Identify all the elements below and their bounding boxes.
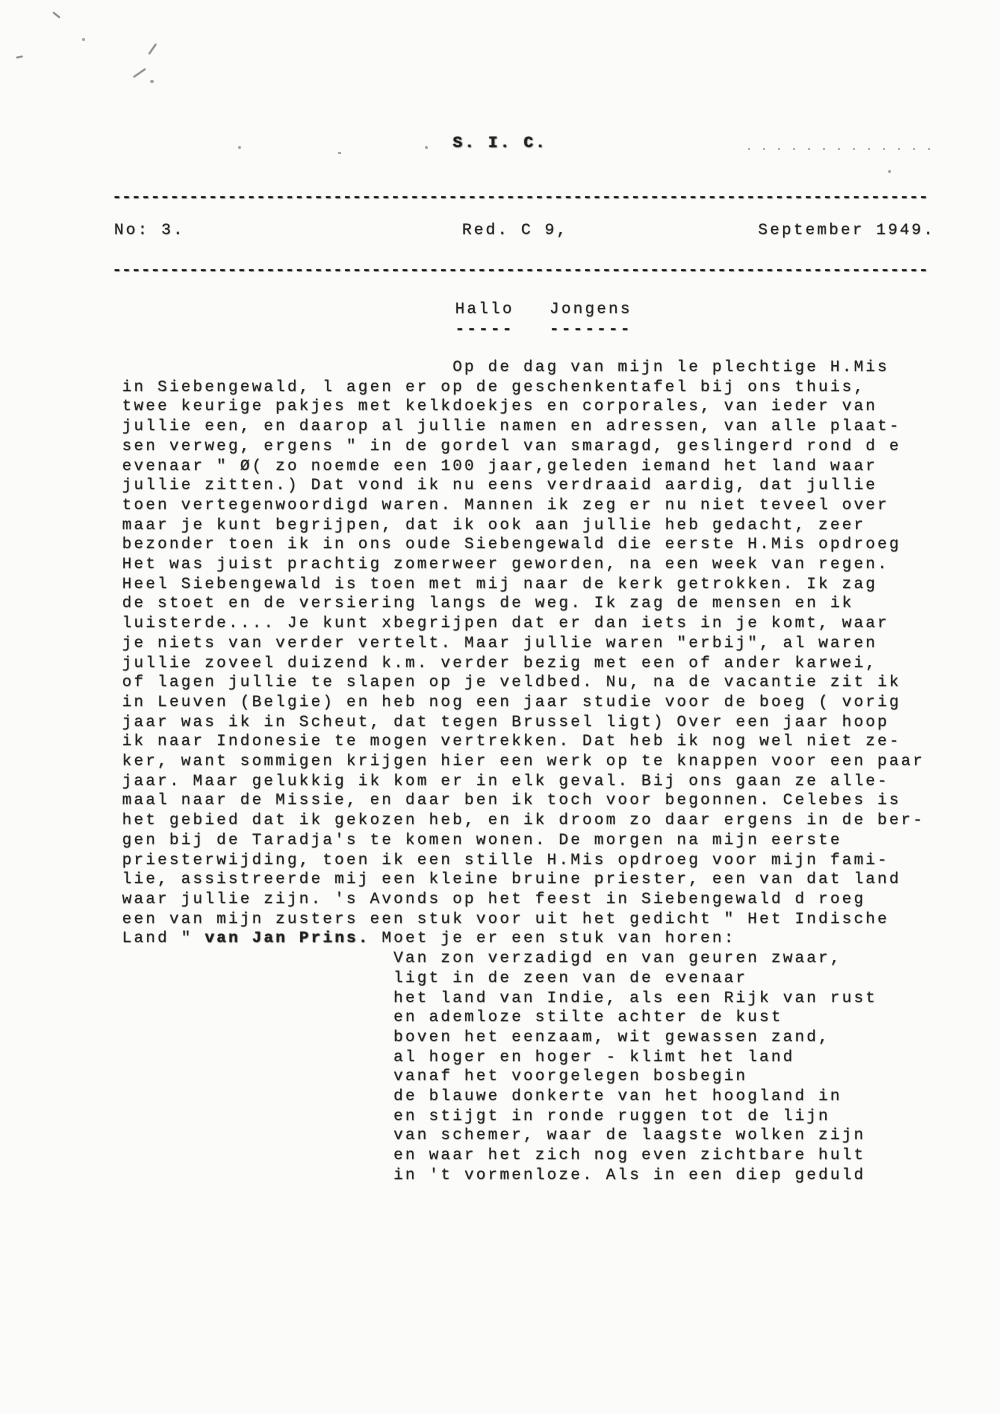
- ink-speck: [150, 80, 154, 83]
- text-line: gen bij de Taradja's te komen wonen. De …: [122, 831, 988, 851]
- text-line: sen verweg, ergens " in de gordel van sm…: [122, 437, 988, 457]
- text-line: jaar. Maar gelukkig ik kom er in elk gev…: [122, 772, 988, 792]
- text-line: de stoet en de versiering langs de weg. …: [122, 594, 988, 614]
- issue-number: No: 3.: [114, 221, 185, 241]
- text-line: luisterde.... Je kunt xbegrijpen dat er …: [122, 614, 988, 634]
- text-line: maal naar de Missie, en daar ben ik toch…: [122, 791, 988, 811]
- text-line: je niets van verder vertelt. Maar jullie…: [122, 634, 988, 654]
- editorial-reference: Red. C 9,: [462, 221, 568, 241]
- text-line: in Siebengewald, l agen er op de geschen…: [122, 378, 988, 398]
- text-line: ik naar Indonesie te mogen vertrekken. D…: [122, 732, 988, 752]
- text-line: toen vertegenwoordigd waren. Mannen ik z…: [122, 496, 988, 516]
- letter-paragraph: Op de dag van mijn le plechtige H.Misin …: [122, 358, 988, 929]
- text-line: Heel Siebengewald is toen met mij naar d…: [122, 575, 988, 595]
- text-line: lie, assistreerde mij een kleine bruine …: [122, 870, 988, 890]
- text-line: al hoger en hoger - klimt het land: [122, 1048, 988, 1068]
- issue-date: September 1949.: [758, 221, 935, 241]
- text-line: boven het eenzaam, wit gewassen zand,: [122, 1028, 988, 1048]
- ink-speck: [82, 38, 85, 41]
- text-line: van schemer, waar de laagste wolken zijn: [122, 1126, 988, 1146]
- masthead-title: S. I. C.: [0, 134, 1000, 154]
- text-line: jaar was ik in Scheut, dat tegen Brussel…: [122, 713, 988, 733]
- text-line: en ademloze stilte achter de kust: [122, 1008, 988, 1028]
- text-line: twee keurige pakjes met kelkdoekjes en c…: [122, 397, 988, 417]
- text-line: waar jullie zijn. 's Avonds op het feest…: [122, 890, 988, 910]
- text-line: en waar het zich nog even zichtbare hult: [122, 1146, 988, 1166]
- text-line: jullie zitten.) Dat vond ik nu eens verd…: [122, 476, 988, 496]
- text-line: of lagen jullie te slapen op je veldbed.…: [122, 673, 988, 693]
- ink-smudge: [16, 55, 23, 58]
- text-line: ker, want sommigen krijgen hier een werk…: [122, 752, 988, 772]
- text-line: bezonder toen ik in ons oude Siebengewal…: [122, 535, 988, 555]
- salutation-heading: Hallo Jongens: [455, 300, 632, 320]
- prins-line-prefix: Land ": [122, 929, 205, 947]
- text-line: Van zon verzadigd en van geuren zwaar,: [122, 949, 988, 969]
- text-line: en stijgt in ronde ruggen tot de lijn: [122, 1107, 988, 1127]
- text-line: Het was juist prachtig zomerweer geworde…: [122, 555, 988, 575]
- prins-line-suffix: Moet je er een stuk van horen:: [370, 929, 736, 947]
- text-line: het gebied dat ik gekozen heb, en ik dro…: [122, 811, 988, 831]
- text-line: jullie een, en daarop al jullie namen en…: [122, 417, 988, 437]
- ink-smudge: [133, 68, 146, 78]
- text-line: vanaf het voorgelegen bosbegin: [122, 1067, 988, 1087]
- ink-smudge: [52, 11, 60, 18]
- text-line: in 't vormenloze. Als in een diep geduld: [122, 1166, 988, 1186]
- divider-line-top: ----------------------------------------…: [112, 188, 938, 208]
- prins-attribution-line: Land " van Jan Prins. Moet je er een stu…: [122, 929, 988, 949]
- scanned-letter-page: S. I. C. -------------------------------…: [0, 0, 1000, 1414]
- text-line: evenaar " Ø( zo noemde een 100 jaar,gele…: [122, 457, 988, 477]
- ink-smudge: [148, 43, 157, 55]
- text-line: Op de dag van mijn le plechtige H.Mis: [122, 358, 988, 378]
- prins-author-name: van Jan Prins.: [205, 929, 370, 947]
- text-line: de blauwe donkerte van het hoogland in: [122, 1087, 988, 1107]
- text-line: een van mijn zusters een stuk voor uit h…: [122, 910, 988, 930]
- text-line: jullie zoveel duizend k.m. verder bezig …: [122, 654, 988, 674]
- text-line: in Leuven (Belgie) en heb nog een jaar s…: [122, 693, 988, 713]
- divider-line-bottom: ----------------------------------------…: [112, 261, 938, 281]
- ink-speck: [888, 170, 891, 173]
- text-line: priesterwijding, toen ik een stille H.Mi…: [122, 851, 988, 871]
- salutation-underline: ----- -------: [455, 320, 632, 340]
- poem-block: Van zon verzadigd en van geuren zwaar, l…: [122, 949, 988, 1185]
- text-line: maar je kunt begrijpen, dat ik ook aan j…: [122, 516, 988, 536]
- text-line: het land van Indie, als een Rijk van rus…: [122, 989, 988, 1009]
- letter-body: Op de dag van mijn le plechtige H.Misin …: [122, 358, 988, 1186]
- text-line: ligt in de zeen van de evenaar: [122, 969, 988, 989]
